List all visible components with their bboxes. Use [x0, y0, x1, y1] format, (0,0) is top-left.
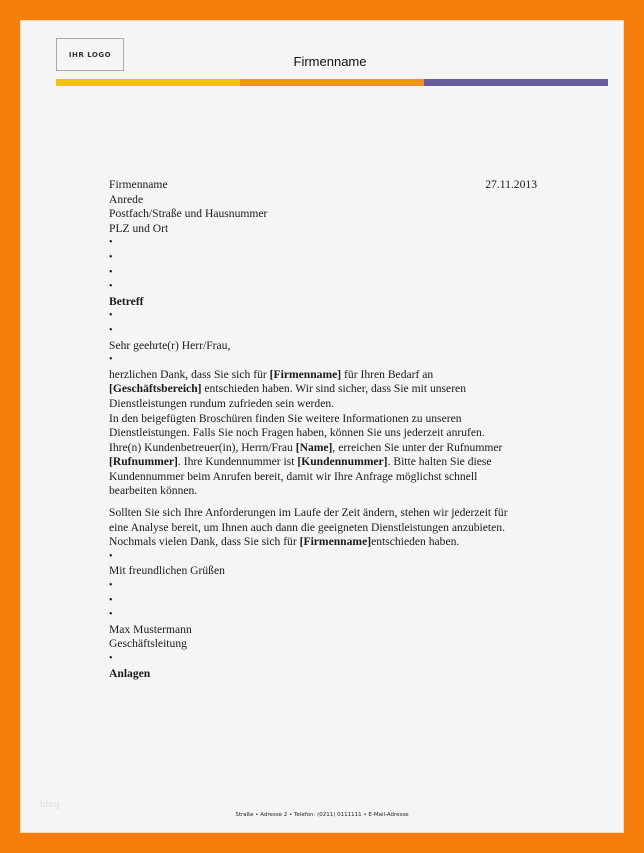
footer-contact: Straße • Adresse 2 • Telefon: (0211) 011…	[20, 812, 624, 818]
paragraph-line: In den beigefügten Broschüren finden Sie…	[109, 412, 537, 427]
paragraph-analysis: Sollten Sie sich Ihre Anforderungen im L…	[109, 506, 537, 550]
placeholder-field: [Rufnummer]	[109, 455, 178, 468]
subject-line: Betreff	[109, 295, 144, 308]
bullet-marker: •	[109, 236, 537, 251]
signer-title: Geschäftsleitung	[109, 637, 537, 652]
placeholder-field: [Firmenname]	[270, 368, 341, 381]
color-bar-purple	[424, 79, 608, 86]
paragraph-line: Ihre(n) Kundenbetreuer(in), Herrn/Frau […	[109, 441, 537, 456]
paragraph-line: Sollten Sie sich Ihre Anforderungen im L…	[109, 506, 537, 521]
text-run: eine Analyse bereit, um Ihnen auch dann …	[109, 521, 505, 534]
color-bar-yellow	[56, 79, 240, 86]
bullet-marker: •	[109, 251, 537, 266]
salutation: Sehr geehrte(r) Herr/Frau,	[109, 339, 537, 354]
paragraph-line: Kundennummer beim Anrufen bereit, damit …	[109, 470, 537, 485]
text-run: . Bitte halten Sie diese	[388, 455, 492, 468]
bullet-marker: •	[109, 608, 537, 623]
bullet-marker: •	[109, 309, 537, 324]
text-run: Nochmals vielen Dank, dass Sie sich für	[109, 535, 300, 548]
bullet-marker: •	[109, 266, 537, 281]
text-run: Dienstleistungen rundum zufrieden sein w…	[109, 397, 334, 410]
paragraph-line: [Geschäftsbereich] entschieden haben. Wi…	[109, 382, 537, 397]
placeholder-field: [Firmenname]	[300, 535, 371, 548]
paragraph-line: eine Analyse bereit, um Ihnen auch dann …	[109, 521, 537, 536]
paragraph-line: herzlichen Dank, dass Sie sich für [Firm…	[109, 368, 537, 383]
letter-date: 27.11.2013	[485, 178, 537, 193]
bullet-marker: •	[109, 594, 537, 609]
text-run: Ihre(n) Kundenbetreuer(in), Herrn/Frau	[109, 441, 296, 454]
bullet-marker: •	[109, 353, 537, 368]
text-run: Sollten Sie sich Ihre Anforderungen im L…	[109, 506, 508, 519]
signer-name: Max Mustermann	[109, 623, 537, 638]
paragraph-line: bearbeiten können.	[109, 484, 537, 499]
text-run: bearbeiten können.	[109, 484, 197, 497]
letter-page: IHR LOGO Firmenname 27.11.2013 Firmennam…	[20, 20, 624, 833]
text-run: für Ihren Bedarf an	[341, 368, 433, 381]
placeholder-field: [Name]	[296, 441, 333, 454]
company-name-header: Firmenname	[230, 54, 430, 69]
paragraph-thanks: herzlichen Dank, dass Sie sich für [Firm…	[109, 368, 537, 499]
text-run: entschieden haben. Wir sind sicher, dass…	[202, 382, 466, 395]
bullet-marker: •	[109, 579, 537, 594]
text-run: Kundennummer beim Anrufen bereit, damit …	[109, 470, 477, 483]
paragraph-line: Dienstleistungen rundum zufrieden sein w…	[109, 397, 537, 412]
paragraph-line: Nochmals vielen Dank, dass Sie sich für …	[109, 535, 537, 550]
color-bar-orange	[240, 79, 424, 86]
text-run: In den beigefügten Broschüren finden Sie…	[109, 412, 462, 425]
letter-body: 27.11.2013 Firmenname Anrede Postfach/St…	[109, 178, 537, 681]
attachments-label: Anlagen	[109, 667, 150, 680]
text-run: entschieden haben.	[371, 535, 459, 548]
closing: Mit freundlichen Grüßen	[109, 564, 537, 579]
placeholder-field: [Kundennummer]	[297, 455, 387, 468]
paragraph-gap	[109, 499, 537, 506]
recipient-street: Postfach/Straße und Hausnummer	[109, 207, 537, 222]
text-run: Dienstleistungen. Falls Sie noch Fragen …	[109, 426, 485, 439]
recipient-company: Firmenname	[109, 178, 537, 193]
bullet-marker: •	[109, 550, 537, 565]
text-run: . Ihre Kundennummer ist	[178, 455, 297, 468]
placeholder-field: [Geschäftsbereich]	[109, 382, 202, 395]
logo-placeholder: IHR LOGO	[56, 38, 124, 71]
bullet-marker: •	[109, 280, 537, 295]
watermark: blog	[40, 800, 59, 810]
recipient-city: PLZ und Ort	[109, 222, 537, 237]
recipient-salutation: Anrede	[109, 193, 537, 208]
bullet-marker: •	[109, 652, 537, 667]
color-bar	[56, 79, 608, 86]
text-run: herzlichen Dank, dass Sie sich für	[109, 368, 270, 381]
bullet-marker: •	[109, 324, 537, 339]
text-run: , erreichen Sie unter der Rufnummer	[332, 441, 502, 454]
paragraph-line: Dienstleistungen. Falls Sie noch Fragen …	[109, 426, 537, 441]
paragraph-line: [Rufnummer]. Ihre Kundennummer ist [Kund…	[109, 455, 537, 470]
